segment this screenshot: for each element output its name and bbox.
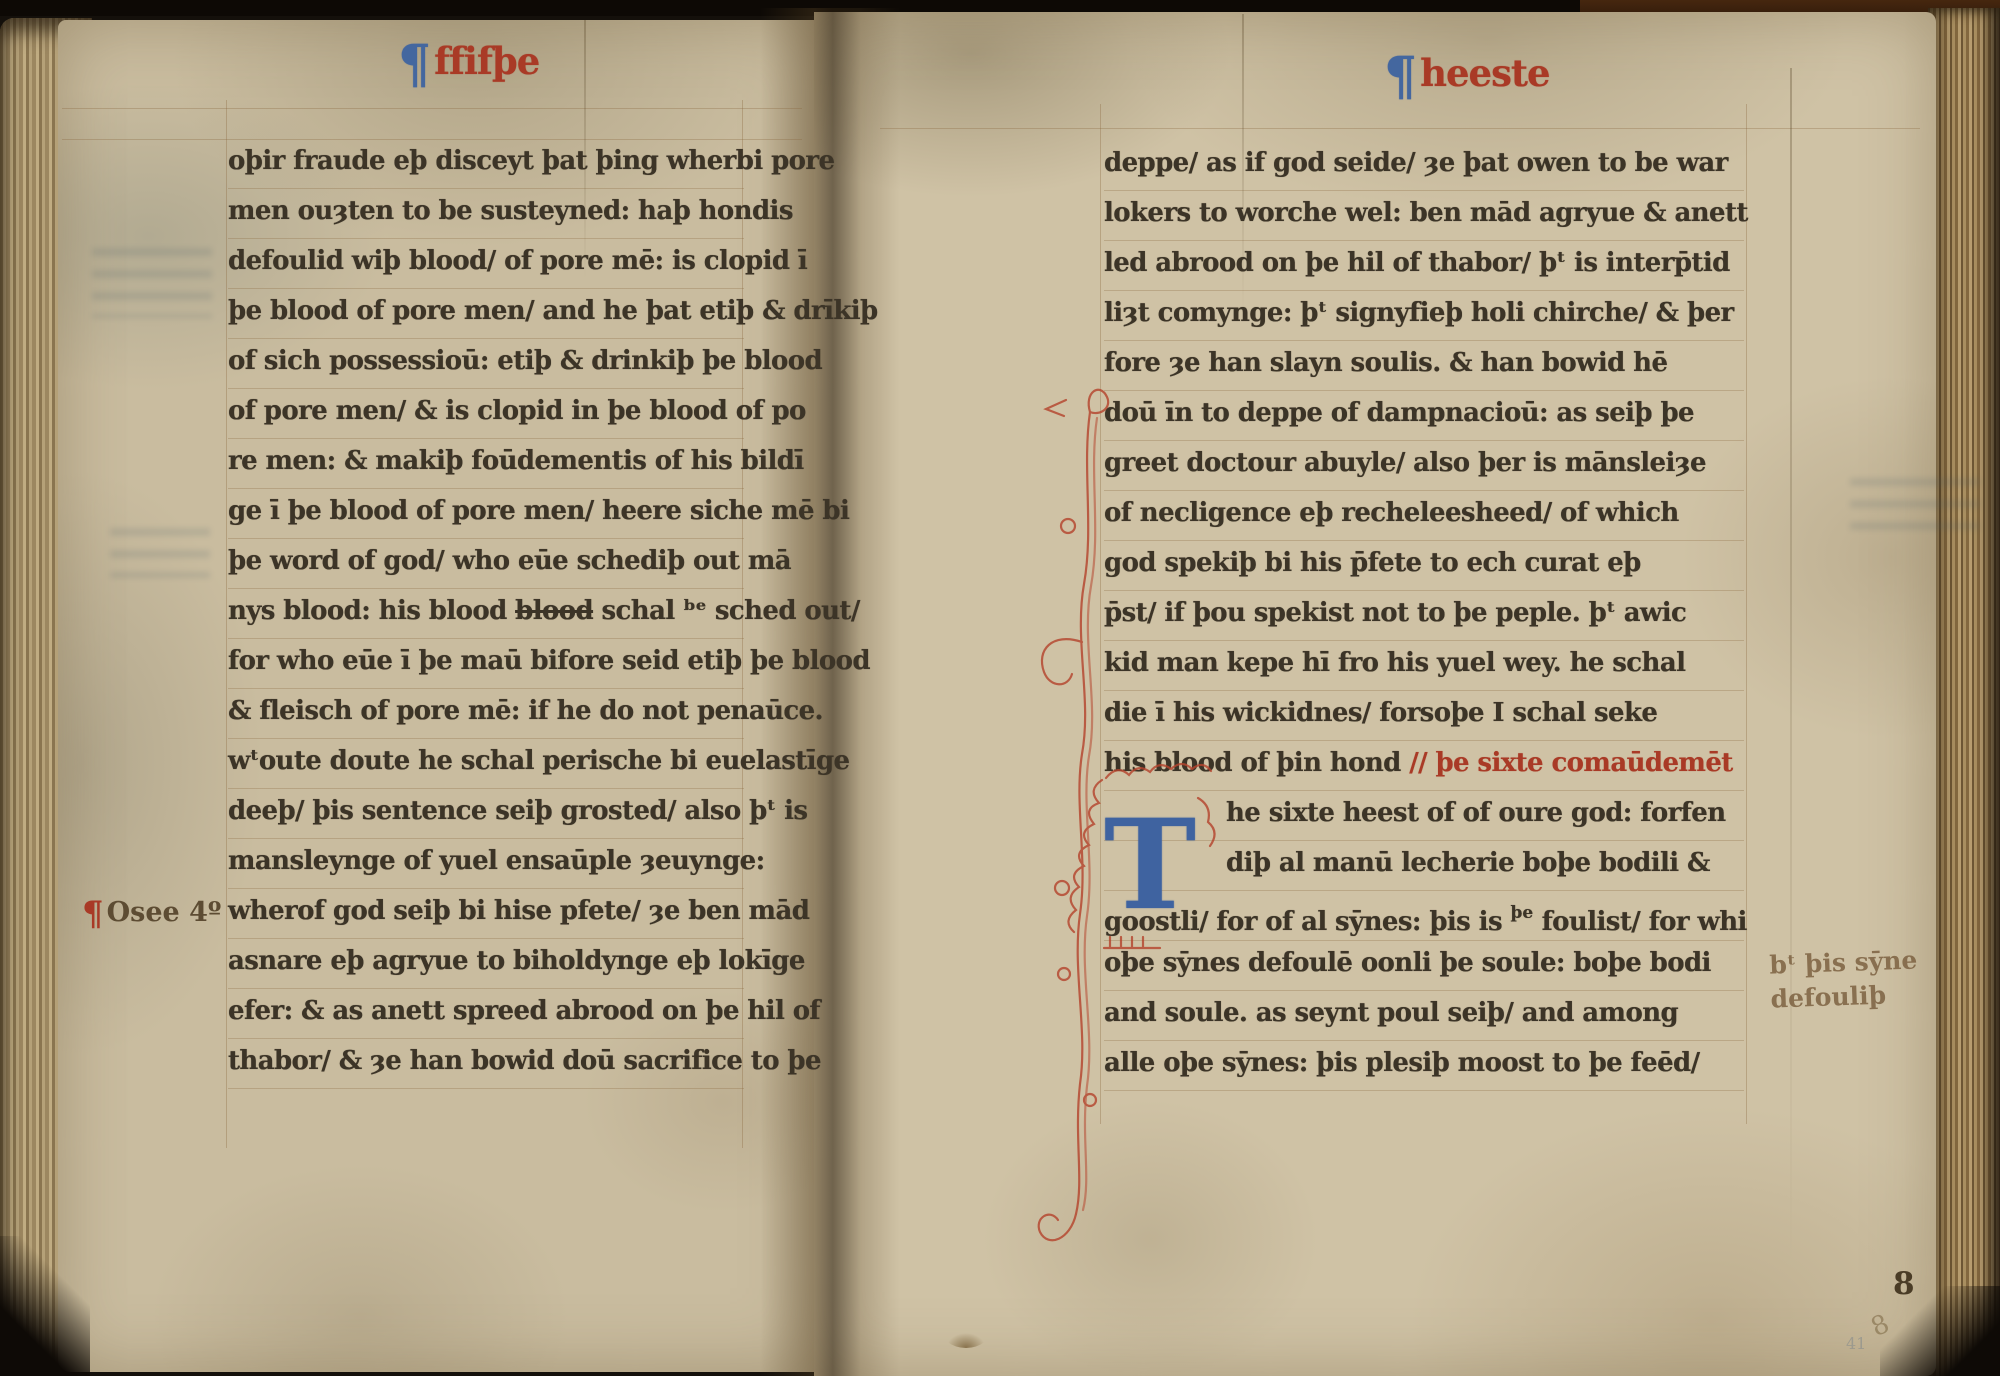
margin-note-syne-line1: bᵗ þis sȳne [1769,943,1918,982]
margin-note-syne: bᵗ þis sȳne defouliþ [1769,943,1919,1016]
manuscript-photo: ¶ffifþe ¶heeste oþir fraude eþ disceyt þ… [0,0,2000,1376]
table-background-corner [0,1236,90,1376]
table-background-corner [1880,1286,2000,1376]
margin-note-syne-line2: defouliþ [1770,977,1919,1016]
penwork-flourish [0,8,2000,1376]
decorated-initial: T [1094,796,1206,946]
margin-note-osee-text: Osee 4º [107,897,222,928]
paraph-mark-icon: ¶ [82,894,104,934]
margin-note-osee: ¶Osee 4º [82,894,221,934]
open-book: ¶ffifþe ¶heeste oþir fraude eþ disceyt þ… [0,8,2000,1376]
faint-pencil-mark: 41 [1846,1334,1866,1353]
